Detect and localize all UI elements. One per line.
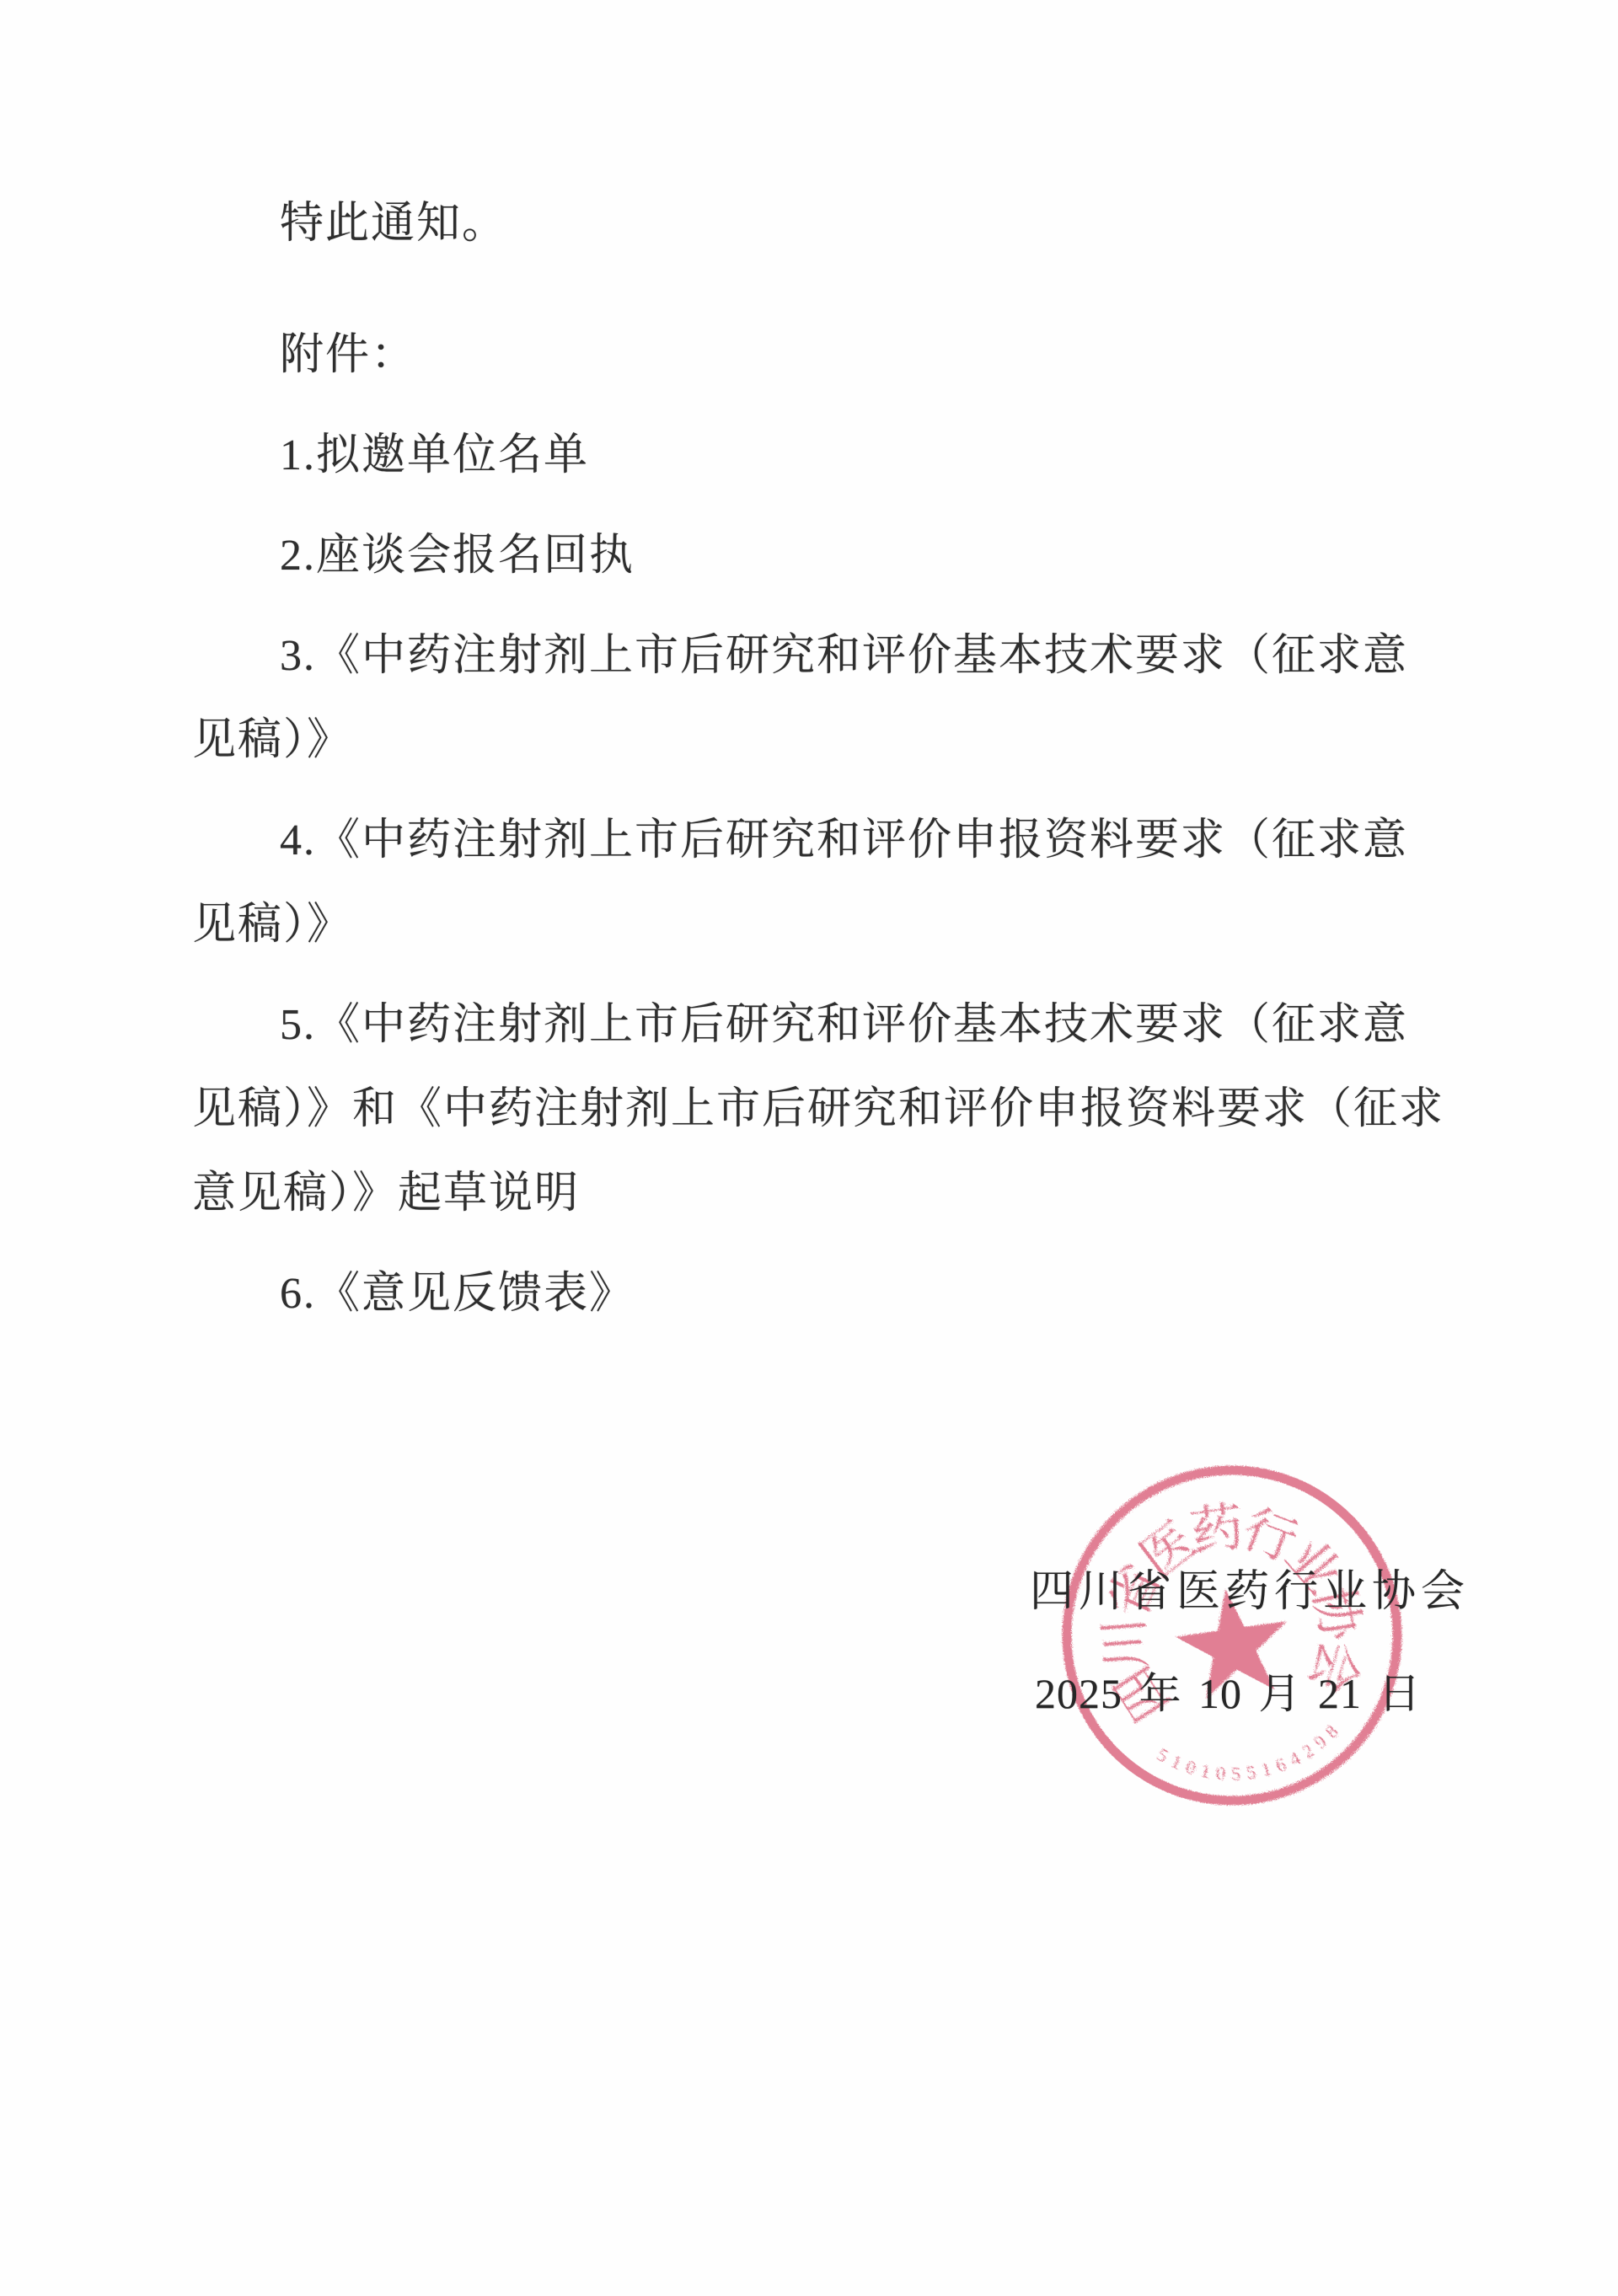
- attachment-item-5: 5.《中药注射剂上市后研究和评价基本技术要求（征求意见稿）》和《中药注射剂上市后…: [192, 983, 1449, 1236]
- paragraph-attachments-label: 附件：: [192, 313, 1449, 398]
- signature-organization: 四川省医药行业协会: [1030, 1569, 1470, 1616]
- attachment-item-6: 6.《意见反馈表》: [192, 1252, 1449, 1336]
- svg-text:1: 1: [1199, 1760, 1213, 1783]
- official-seal: 四川省医药行业协会 5101055164298: [1038, 1439, 1426, 1835]
- document-page: 特此通知。 附件： 1.拟邀单位名单 2.座谈会报名回执 3.《中药注射剂上市后…: [0, 0, 1618, 2296]
- svg-text:4: 4: [1286, 1747, 1304, 1770]
- svg-text:5: 5: [1246, 1761, 1257, 1783]
- svg-text:0: 0: [1215, 1763, 1226, 1785]
- svg-text:0: 0: [1183, 1756, 1198, 1779]
- signature-date: 2025 年 10 月 21 日: [1035, 1672, 1422, 1715]
- svg-text:6: 6: [1272, 1753, 1289, 1776]
- attachment-item-3: 3.《中药注射剂上市后研究和评价基本技术要求（征求意见稿）》: [192, 614, 1449, 783]
- svg-text:1: 1: [1259, 1758, 1273, 1780]
- svg-text:1: 1: [1168, 1751, 1185, 1774]
- paragraph-notice: 特此通知。: [192, 182, 1449, 266]
- svg-text:5: 5: [1231, 1763, 1241, 1784]
- attachment-item-1: 1.拟邀单位名单: [192, 414, 1449, 498]
- attachment-item-4: 4.《中药注射剂上市后研究和评价申报资料要求（征求意见稿）》: [192, 799, 1449, 967]
- seal-graphic: 四川省医药行业协会 5101055164298: [1046, 1449, 1419, 1822]
- document-body: 特此通知。 附件： 1.拟邀单位名单 2.座谈会报名回执 3.《中药注射剂上市后…: [192, 166, 1449, 1352]
- seal-code: 5101055164298: [1151, 1719, 1347, 1796]
- svg-text:5: 5: [1154, 1743, 1172, 1766]
- attachment-item-2: 2.座谈会报名回执: [192, 514, 1449, 598]
- svg-text:8: 8: [1321, 1721, 1342, 1742]
